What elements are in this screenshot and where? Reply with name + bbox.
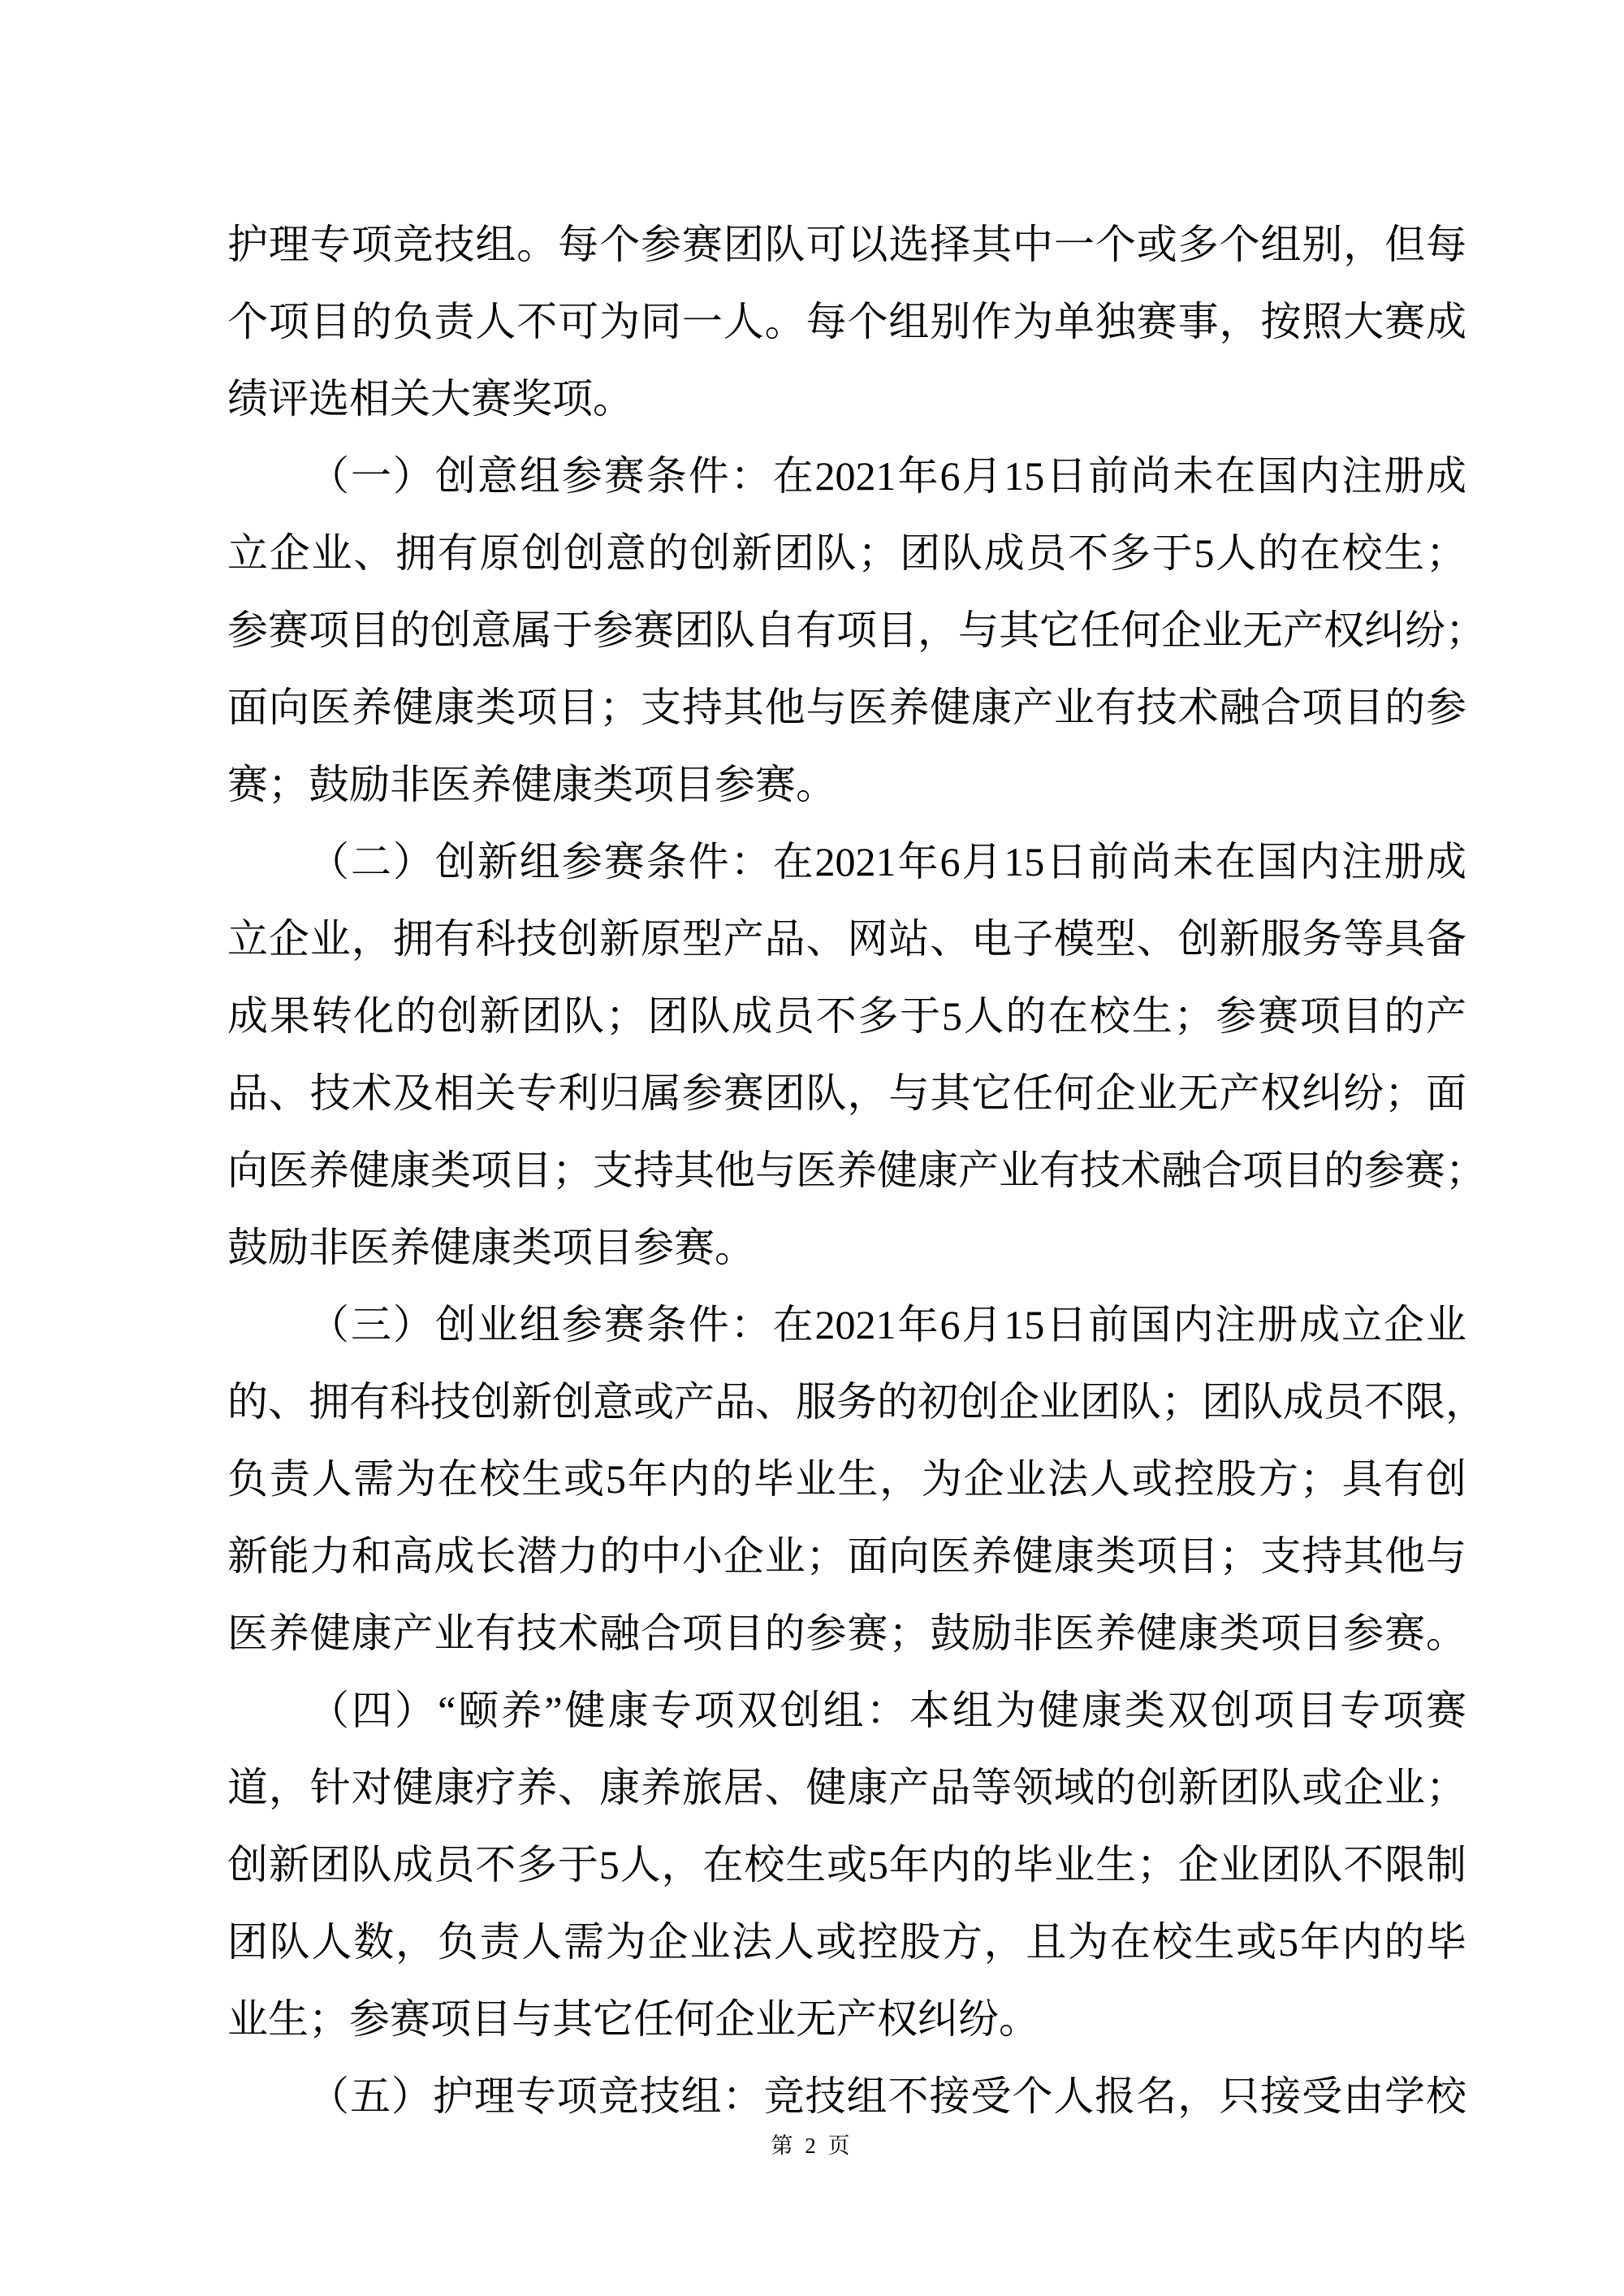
text-line: 创新团队成员不多于5人，在校生或5年内的毕业生；企业团队不限制 [227,1827,1466,1904]
page-number: 第 2 页 [0,2130,1624,2162]
text-line: 个项目的负责人不可为同一人。每个组别作为单独赛事，按照大赛成 [227,283,1466,361]
text-line: 立企业、拥有原创创意的创新团队；团队成员不多于5人的在校生； [227,515,1466,592]
text-line: （五）护理专项竞技组：竞技组不接受个人报名，只接受由学校 [227,2058,1466,2135]
text-line: 品、技术及相关专利归属参赛团队，与其它任何企业无产权纠纷；面 [227,1055,1466,1132]
text-line: 成果转化的创新团队；团队成员不多于5人的在校生；参赛项目的产 [227,978,1466,1055]
text-line: 立企业，拥有科技创新原型产品、网站、电子模型、创新服务等具备 [227,901,1466,978]
text-line: 绩评选相关大赛奖项。 [227,361,1466,438]
text-line: 负责人需为在校生或5年内的毕业生，为企业法人或控股方；具有创 [227,1441,1466,1518]
text-line: 参赛项目的创意属于参赛团队自有项目，与其它任何企业无产权纠纷； [227,592,1466,669]
text-line: 业生；参赛项目与其它任何企业无产权纠纷。 [227,1981,1466,2058]
text-line: 护理专项竞技组。每个参赛团队可以选择其中一个或多个组别，但每 [227,206,1466,283]
text-line: 道，针对健康疗养、康养旅居、健康产品等领域的创新团队或企业； [227,1749,1466,1827]
text-line: （二）创新组参赛条件：在2021年6月15日前尚未在国内注册成 [227,824,1466,901]
text-line: 团队人数，负责人需为企业法人或控股方，且为在校生或5年内的毕 [227,1904,1466,1981]
text-line: 向医养健康类项目；支持其他与医养健康产业有技术融合项目的参赛； [227,1132,1466,1209]
text-line: 新能力和高成长潜力的中小企业；面向医养健康类项目；支持其他与 [227,1518,1466,1595]
text-line: 面向医养健康类项目；支持其他与医养健康产业有技术融合项目的参 [227,669,1466,746]
text-line: （一）创意组参赛条件：在2021年6月15日前尚未在国内注册成 [227,438,1466,515]
text-line: （三）创业组参赛条件：在2021年6月15日前国内注册成立企业 [227,1286,1466,1364]
document-page: 护理专项竞技组。每个参赛团队可以选择其中一个或多个组别，但每个项目的负责人不可为… [0,0,1624,2296]
text-line: 赛；鼓励非医养健康类项目参赛。 [227,746,1466,824]
body-text: 护理专项竞技组。每个参赛团队可以选择其中一个或多个组别，但每个项目的负责人不可为… [227,206,1466,2135]
text-line: 医养健康产业有技术融合项目的参赛；鼓励非医养健康类项目参赛。 [227,1595,1466,1672]
text-line: 鼓励非医养健康类项目参赛。 [227,1209,1466,1286]
text-line: （四）“颐养”健康专项双创组：本组为健康类双创项目专项赛 [227,1672,1466,1749]
text-line: 的、拥有科技创新创意或产品、服务的初创企业团队；团队成员不限， [227,1364,1466,1441]
